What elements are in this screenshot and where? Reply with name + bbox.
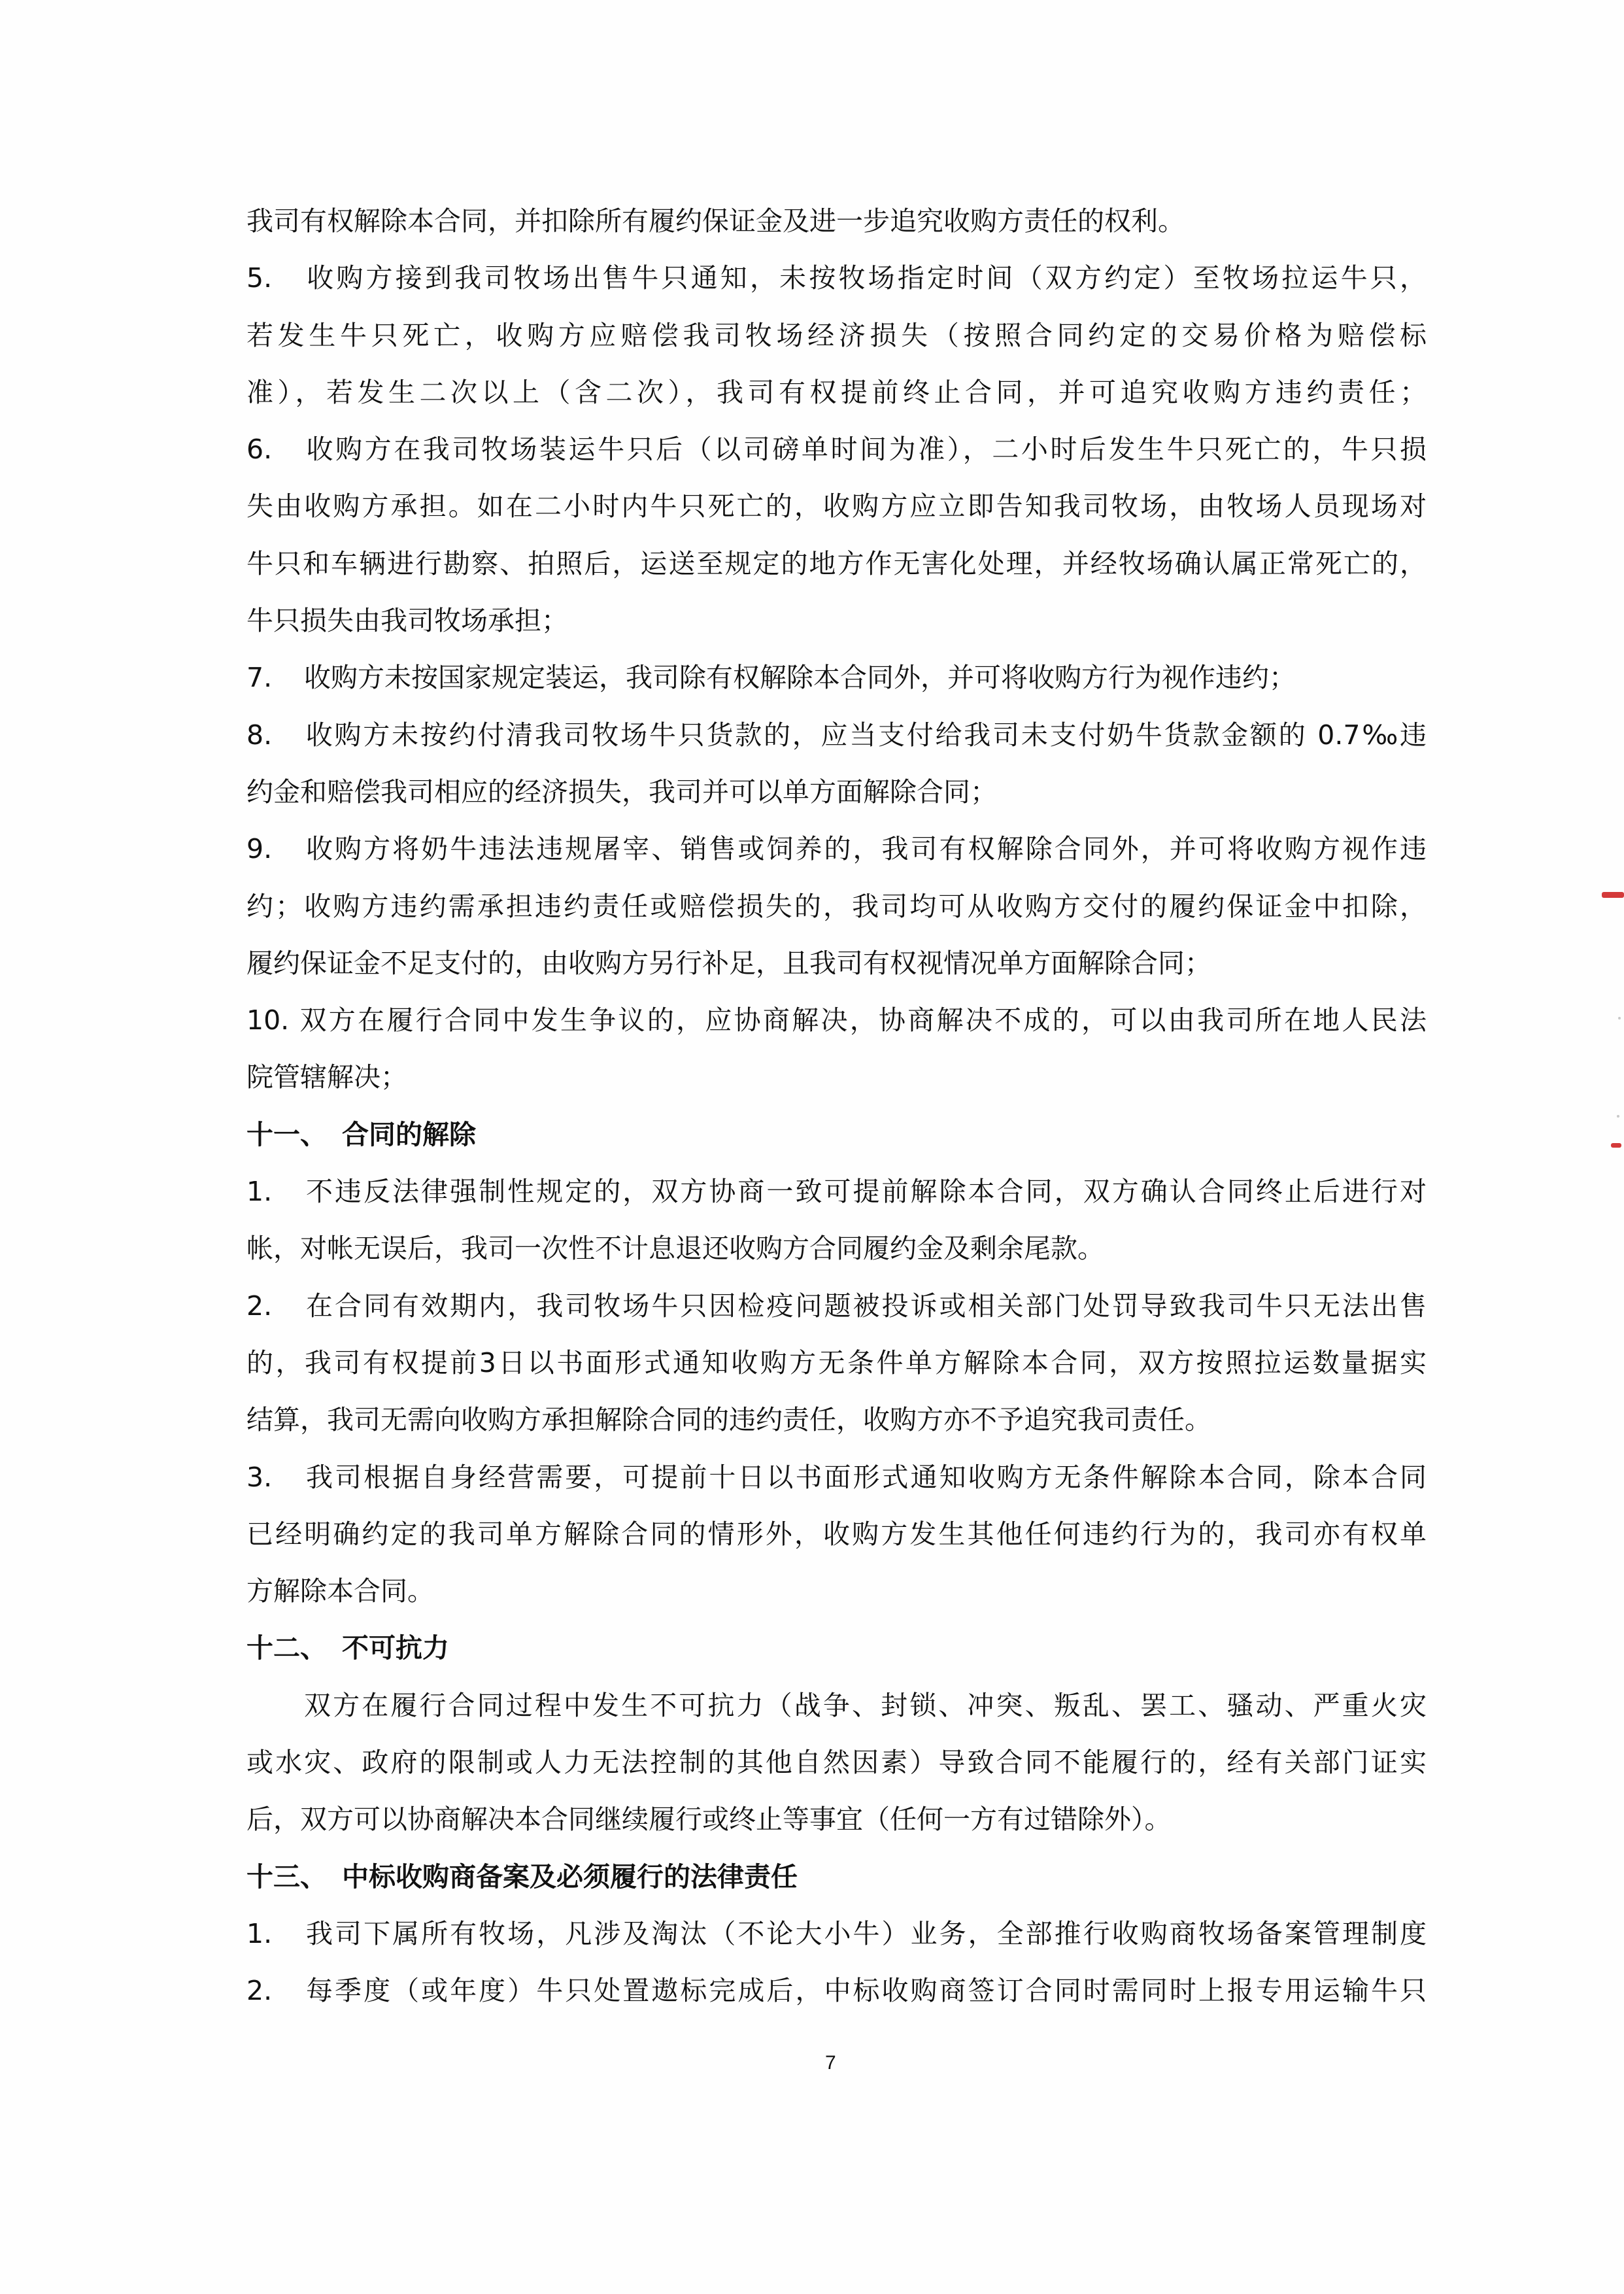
section-heading: 十二、不可抗力 bbox=[246, 1620, 1427, 1677]
list-item-text: 收购方未按约付清我司牧场牛只货款的，应当支付给我司未支付奶牛货款金额的 0.7‰… bbox=[304, 719, 1427, 751]
list-item: 6.收购方在我司牧场装运牛只后（以司磅单时间为准），二小时后发生牛只死亡的，牛只… bbox=[246, 421, 1427, 478]
paragraph-line: 10. 双方在履行合同中发生争议的，应协商解决，协商解决不成的，可以由我司所在地… bbox=[246, 992, 1427, 1049]
list-item: 3.我司根据自身经营需要，可提前十日以书面形式通知收购方无条件解除本合同，除本合… bbox=[246, 1449, 1427, 1506]
list-item-text: 不违反法律强制性规定的，双方协商一致可提前解除本合同，双方确认合同终止后进行对 bbox=[304, 1176, 1427, 1207]
paragraph-line: 的，我司有权提前3日以书面形式通知收购方无条件单方解除本合同，双方按照拉运数量据… bbox=[246, 1335, 1427, 1392]
list-item: 8.收购方未按约付清我司牧场牛只货款的，应当支付给我司未支付奶牛货款金额的 0.… bbox=[246, 707, 1427, 764]
list-item-text: 我司下属所有牧场，凡涉及淘汰（不论大小牛）业务，全部推行收购商牧场备案管理制度 bbox=[304, 1918, 1427, 1949]
section-number: 十一、 bbox=[246, 1106, 342, 1163]
scan-dot-2 bbox=[1617, 1115, 1619, 1118]
list-item-number: 2. bbox=[246, 1962, 304, 2019]
list-item-text: 收购方接到我司牧场出售牛只通知，未按牧场指定时间（双方约定）至牧场拉运牛只， bbox=[304, 262, 1427, 294]
list-item-number: 3. bbox=[246, 1449, 304, 1506]
list-item-number: 7. bbox=[246, 649, 304, 706]
list-item: 9.收购方将奶牛违法违规屠宰、销售或饲养的，我司有权解除合同外，并可将收购方视作… bbox=[246, 821, 1427, 878]
section-number: 十二、 bbox=[246, 1620, 342, 1677]
section-title: 中标收购商备案及必须履行的法律责任 bbox=[342, 1861, 798, 1892]
list-item: 5.收购方接到我司牧场出售牛只通知，未按牧场指定时间（双方约定）至牧场拉运牛只， bbox=[246, 250, 1427, 307]
page-number: 7 bbox=[825, 2050, 836, 2076]
list-item-text: 收购方未按国家规定装运，我司除有权解除本合同外，并可将收购方行为视作违约； bbox=[304, 662, 1296, 693]
section-number: 十三、 bbox=[246, 1849, 342, 1906]
list-item-number: 1. bbox=[246, 1163, 304, 1220]
list-item-number: 6. bbox=[246, 421, 304, 478]
document-page: 我司有权解除本合同，并扣除所有履约保证金及进一步追究收购方责任的权利。5.收购方… bbox=[0, 0, 1624, 2294]
paragraph-line: 若发生牛只死亡，收购方应赔偿我司牧场经济损失（按照合同约定的交易价格为赔偿标 bbox=[246, 307, 1427, 364]
paragraph-line: 准），若发生二次以上（含二次），我司有权提前终止合同，并可追究收购方违约责任； bbox=[246, 364, 1427, 421]
scan-mark-red-1 bbox=[1602, 892, 1624, 898]
paragraph-line: 牛只损失由我司牧场承担； bbox=[246, 592, 1427, 649]
list-item-number: 8. bbox=[246, 707, 304, 764]
list-item: 7.收购方未按国家规定装运，我司除有权解除本合同外，并可将收购方行为视作违约； bbox=[246, 649, 1427, 706]
list-item-number: 2. bbox=[246, 1278, 304, 1335]
list-item: 2.在合同有效期内，我司牧场牛只因检疫问题被投诉或相关部门处罚导致我司牛只无法出… bbox=[246, 1278, 1427, 1335]
list-item-number: 1. bbox=[246, 1906, 304, 1962]
paragraph-line: 帐，对帐无误后，我司一次性不计息退还收购方合同履约金及剩余尾款。 bbox=[246, 1220, 1427, 1277]
paragraph-line: 约；收购方违约需承担违约责任或赔偿损失的，我司均可从收购方交付的履约保证金中扣除… bbox=[246, 878, 1427, 935]
paragraph-line: 方解除本合同。 bbox=[246, 1563, 1427, 1620]
list-item-text: 收购方将奶牛违法违规屠宰、销售或饲养的，我司有权解除合同外，并可将收购方视作违 bbox=[304, 833, 1427, 865]
list-item-text: 我司根据自身经营需要，可提前十日以书面形式通知收购方无条件解除本合同，除本合同 bbox=[304, 1462, 1427, 1493]
list-item-number: 5. bbox=[246, 250, 304, 307]
list-item-text: 在合同有效期内，我司牧场牛只因检疫问题被投诉或相关部门处罚导致我司牛只无法出售 bbox=[304, 1290, 1427, 1322]
list-item: 1.不违反法律强制性规定的，双方协商一致可提前解除本合同，双方确认合同终止后进行… bbox=[246, 1163, 1427, 1220]
scan-dot-1 bbox=[1618, 1017, 1621, 1019]
list-item-text: 收购方在我司牧场装运牛只后（以司磅单时间为准），二小时后发生牛只死亡的，牛只损 bbox=[304, 434, 1427, 465]
document-body: 我司有权解除本合同，并扣除所有履约保证金及进一步追究收购方责任的权利。5.收购方… bbox=[246, 193, 1427, 2020]
section-heading: 十三、中标收购商备案及必须履行的法律责任 bbox=[246, 1849, 1427, 1906]
paragraph-line: 履约保证金不足支付的，由收购方另行补足，且我司有权视情况单方面解除合同； bbox=[246, 935, 1427, 992]
list-item-number: 9. bbox=[246, 821, 304, 878]
list-item: 2.每季度（或年度）牛只处置遨标完成后，中标收购商签订合同时需同时上报专用运输牛… bbox=[246, 1962, 1427, 2019]
paragraph-line: 已经明确约定的我司单方解除合同的情形外，收购方发生其他任何违约行为的，我司亦有权… bbox=[246, 1506, 1427, 1563]
section-heading: 十一、合同的解除 bbox=[246, 1106, 1427, 1163]
list-item-text: 每季度（或年度）牛只处置遨标完成后，中标收购商签订合同时需同时上报专用运输牛只 bbox=[304, 1975, 1427, 2006]
paragraph-line: 结算，我司无需向收购方承担解除合同的违约责任，收购方亦不予追究我司责任。 bbox=[246, 1392, 1427, 1448]
section-title: 合同的解除 bbox=[342, 1119, 476, 1150]
paragraph-line: 后，双方可以协商解决本合同继续履行或终止等事宜（任何一方有过错除外）。 bbox=[246, 1791, 1427, 1848]
paragraph-line: 院管辖解决； bbox=[246, 1049, 1427, 1106]
paragraph-line: 失由收购方承担。如在二小时内牛只死亡的，收购方应立即告知我司牧场，由牧场人员现场… bbox=[246, 478, 1427, 535]
section-title: 不可抗力 bbox=[342, 1632, 449, 1664]
list-item: 1.我司下属所有牧场，凡涉及淘汰（不论大小牛）业务，全部推行收购商牧场备案管理制… bbox=[246, 1906, 1427, 1962]
paragraph-line: 或水灾、政府的限制或人力无法控制的其他自然因素）导致合同不能履行的，经有关部门证… bbox=[246, 1734, 1427, 1791]
paragraph-line: 牛只和车辆进行勘察、拍照后，运送至规定的地方作无害化处理，并经牧场确认属正常死亡… bbox=[246, 536, 1427, 592]
paragraph-line: 约金和赔偿我司相应的经济损失，我司并可以单方面解除合同； bbox=[246, 764, 1427, 821]
paragraph-line: 我司有权解除本合同，并扣除所有履约保证金及进一步追究收购方责任的权利。 bbox=[246, 193, 1427, 250]
paragraph-first-line: 双方在履行合同过程中发生不可抗力（战争、封锁、冲突、叛乱、罢工、骚动、严重火灾 bbox=[246, 1677, 1427, 1734]
scan-mark-red-2 bbox=[1611, 1143, 1621, 1148]
